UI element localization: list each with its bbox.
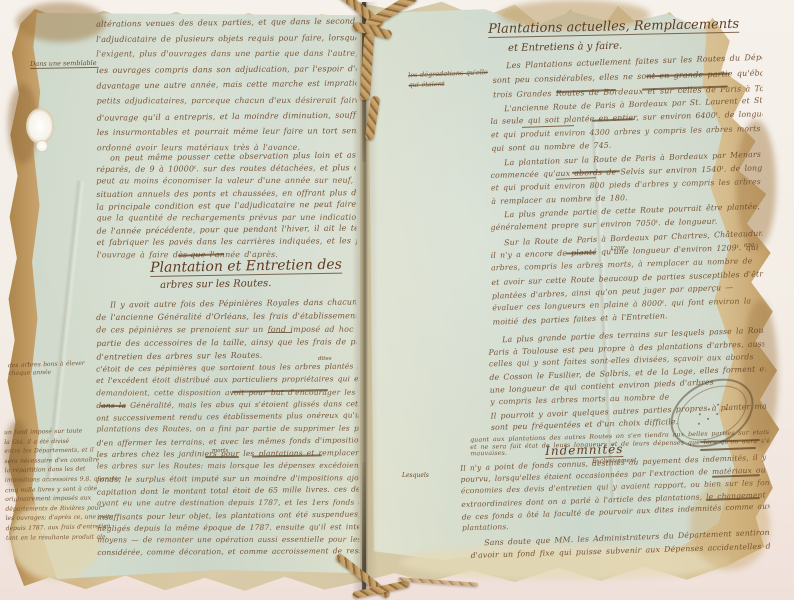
handwritten-line: davantage une autre année, mais cette ma… <box>96 76 356 95</box>
left-paragraph-1: altérations venues des deux parties, et … <box>96 14 357 156</box>
handwritten-line: et l'excédent étoit distribué aux partic… <box>96 373 358 387</box>
handwritten-line: et fabriquer les pavés dans les carrière… <box>97 236 357 250</box>
interline-correction: dites <box>318 356 332 362</box>
paper-hole <box>36 140 48 152</box>
strikethrough-mark <box>100 405 126 407</box>
interline-correction: morts <box>212 448 228 454</box>
stamp-text: • • • • • • • <box>692 397 732 429</box>
left-section-heading: Plantation et Entretien des <box>150 257 342 276</box>
handwritten-line: petits adjudicataires, parceque chacun d… <box>97 93 357 109</box>
handwritten-line: tant en la résultante produit ale. <box>6 532 98 543</box>
right-paragraph-2: L'ancienne Route de Paris à Bordeaux par… <box>490 94 763 155</box>
right-paragraph-7: Il n'y a point de fonds connus, destinés… <box>460 452 770 535</box>
left-margin-insertion: Dans une semblable <box>30 59 97 69</box>
underline-mark <box>268 332 292 333</box>
handwritten-line: l'exigent, plus d'ouvrages dans une part… <box>96 46 356 62</box>
stain <box>16 2 106 42</box>
left-section-heading-line2: arbres sur les Routes. <box>160 278 272 291</box>
handwritten-line: l'adjudicataire de plusieurs objets requ… <box>96 30 356 47</box>
right-margin-word: Lesquels <box>402 472 429 479</box>
interline-correction: 650 <box>744 243 755 249</box>
left-paragraph-2: on peut même pousser cette observation p… <box>96 150 357 262</box>
manuscript-photo: Dans une semblable altérations venues de… <box>0 0 794 600</box>
handwritten-line: de ces pépinières se prenoient sur un fo… <box>96 323 356 337</box>
left-margin-note-small: des arbres bons à éleverchaque année <box>8 360 85 378</box>
right-paragraph-5: Sur la Route de Paris à Bordeaux par Cha… <box>490 227 765 328</box>
right-paragraph-3: La plantation sur la Route de Paris à Bo… <box>490 148 763 208</box>
handwritten-line: considérée, comme décoration, et comme a… <box>97 546 359 560</box>
left-margin-note-long: un fond imposé sur toutela Gté. il a été… <box>4 426 98 543</box>
left-paragraph-3: Il y avoit autre fois des Pépinières Roy… <box>96 296 356 363</box>
right-margin-crossed-note: les dégradations qu'ellequi étaient <box>408 67 488 90</box>
paper-hole <box>26 108 54 144</box>
strikethrough-mark <box>205 456 239 458</box>
right-subheading-indemnites: Indemnités <box>545 442 624 458</box>
handwritten-line: de l'ancienne Généralité d'Orléans, les … <box>96 309 356 324</box>
interline-correction: 1209ᵗ <box>610 246 625 252</box>
left-heading-line1: Plantation et Entretien des <box>150 257 342 277</box>
handwritten-line: les insurmontables et pourrait même leur… <box>97 123 357 140</box>
